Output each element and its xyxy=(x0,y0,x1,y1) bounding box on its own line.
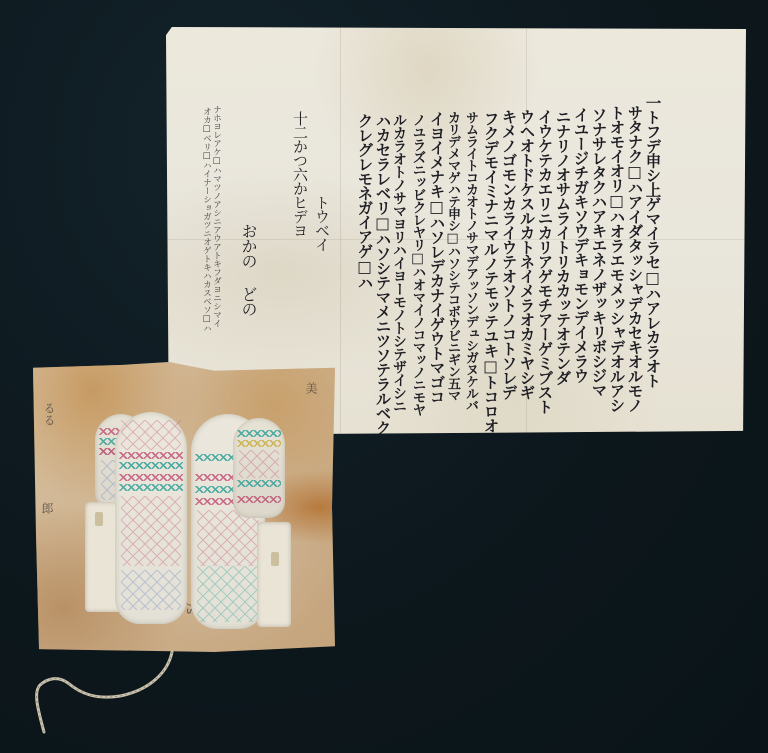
tie-string xyxy=(0,0,768,753)
